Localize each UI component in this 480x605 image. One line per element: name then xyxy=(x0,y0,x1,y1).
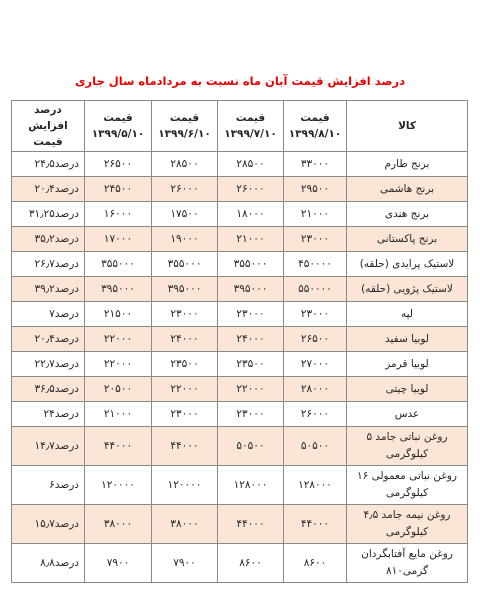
goods-name: برنج هندی xyxy=(349,206,465,223)
goods-name-cell: برنج هندی xyxy=(347,202,468,227)
price-cell-1399-6-10: ۱۹۰۰۰ xyxy=(152,227,218,252)
goods-name-cell: لوبیا سفید xyxy=(347,327,468,352)
percent-increase-cell: ۲۰٫۴درصد xyxy=(12,177,85,202)
table-row: روغن مایع آفتابگردان۸۱۰گرمی۸۶۰۰۸۶۰۰۷۹۰۰۷… xyxy=(12,544,468,583)
price-cell-1399-8-10: ۲۶۵۰۰ xyxy=(284,327,347,352)
goods-name-cell: لوبیا قرمز xyxy=(347,352,468,377)
goods-name-cell: برنج طارم xyxy=(347,152,468,177)
goods-name-cell: لپه xyxy=(347,302,468,327)
price-cell-1399-6-10: ۲۳۵۰۰ xyxy=(152,352,218,377)
price-cell-1399-5-10: ۲۱۵۰۰ xyxy=(85,302,152,327)
header-goods: کالا xyxy=(347,101,468,152)
price-cell-1399-8-10: ۵۰۵۰۰ xyxy=(284,427,347,466)
goods-name-cell: روغن نباتی معمولی ۱۶کیلوگرمی xyxy=(347,466,468,505)
goods-name: برنج طارم xyxy=(349,156,465,173)
price-cell-1399-8-10: ۳۳۰۰۰ xyxy=(284,152,347,177)
table-row: برنج طارم۳۳۰۰۰۲۸۵۰۰۲۸۵۰۰۲۶۵۰۰۲۴٫۵درصد xyxy=(12,152,468,177)
price-cell-1399-8-10: ۲۹۵۰۰ xyxy=(284,177,347,202)
price-cell-1399-5-10: ۷۹۰۰ xyxy=(85,544,152,583)
goods-name-line2: ۸۱۰گرمی xyxy=(349,563,465,580)
goods-name-cell: عدس xyxy=(347,402,468,427)
price-cell-1399-8-10: ۴۵۰۰۰۰ xyxy=(284,252,347,277)
table-row: لوبیا قرمز۲۷۰۰۰۲۳۵۰۰۲۳۵۰۰۲۲۰۰۰۲۲٫۷درصد xyxy=(12,352,468,377)
price-cell-1399-8-10: ۸۶۰۰ xyxy=(284,544,347,583)
header-price-date: ۱۳۹۹/۸/۱۰ xyxy=(286,126,344,142)
table-row: برنج پاکستانی۲۳۰۰۰۲۱۰۰۰۱۹۰۰۰۱۷۰۰۰۳۵٫۲درص… xyxy=(12,227,468,252)
price-cell-1399-5-10: ۲۱۰۰۰ xyxy=(85,402,152,427)
header-price-1399-8-10: قیمت ۱۳۹۹/۸/۱۰ xyxy=(284,101,347,152)
table-row: لاستیک پرایدی (حلقه)۴۵۰۰۰۰۳۵۵۰۰۰۳۵۵۰۰۰۳۵… xyxy=(12,252,468,277)
percent-increase-cell: ۸٫۸درصد xyxy=(12,544,85,583)
price-cell-1399-6-10: ۲۸۵۰۰ xyxy=(152,152,218,177)
percent-increase-cell: ۷درصد xyxy=(12,302,85,327)
price-cell-1399-7-10: ۲۳۰۰۰ xyxy=(218,402,284,427)
price-cell-1399-8-10: ۲۷۰۰۰ xyxy=(284,352,347,377)
price-cell-1399-5-10: ۱۶۰۰۰ xyxy=(85,202,152,227)
table-row: روغن نباتی معمولی ۱۶کیلوگرمی۱۲۸۰۰۰۱۲۸۰۰۰… xyxy=(12,466,468,505)
percent-increase-cell: ۱۴٫۷درصد xyxy=(12,427,85,466)
price-cell-1399-5-10: ۳۹۵۰۰۰ xyxy=(85,277,152,302)
price-cell-1399-5-10: ۳۸۰۰۰ xyxy=(85,505,152,544)
percent-increase-cell: ۳۵٫۲درصد xyxy=(12,227,85,252)
goods-name-cell: لاستیک پرایدی (حلقه) xyxy=(347,252,468,277)
percent-increase-cell: ۲۰٫۴درصد xyxy=(12,327,85,352)
price-cell-1399-7-10: ۲۶۰۰۰ xyxy=(218,177,284,202)
table-row: لوبیا سفید۲۶۵۰۰۲۴۰۰۰۲۴۰۰۰۲۲۰۰۰۲۰٫۴درصد xyxy=(12,327,468,352)
header-percent-line2: افزایش قیمت xyxy=(14,118,82,150)
goods-name: لاستیک پژویی (حلقه) xyxy=(349,281,465,298)
header-price-label: قیمت xyxy=(154,110,215,126)
price-cell-1399-7-10: ۲۳۰۰۰ xyxy=(218,302,284,327)
price-cell-1399-8-10: ۲۳۰۰۰ xyxy=(284,227,347,252)
goods-name: برنج پاکستانی xyxy=(349,231,465,248)
header-price-date: ۱۳۹۹/۷/۱۰ xyxy=(220,126,281,142)
price-cell-1399-6-10: ۳۹۵۰۰۰ xyxy=(152,277,218,302)
percent-increase-cell: ۲۴درصد xyxy=(12,402,85,427)
header-price-label: قیمت xyxy=(87,110,149,126)
table-row: لاستیک پژویی (حلقه)۵۵۰۰۰۰۳۹۵۰۰۰۳۹۵۰۰۰۳۹۵… xyxy=(12,277,468,302)
table-row: برنج هندی۲۱۰۰۰۱۸۰۰۰۱۷۵۰۰۱۶۰۰۰۳۱٫۲۵درصد xyxy=(12,202,468,227)
price-cell-1399-8-10: ۱۲۸۰۰۰ xyxy=(284,466,347,505)
percent-increase-cell: ۳۹٫۲درصد xyxy=(12,277,85,302)
price-cell-1399-8-10: ۴۴۰۰۰ xyxy=(284,505,347,544)
goods-name: لوبیا چیتی xyxy=(349,381,465,398)
percent-increase-cell: ۲۴٫۵درصد xyxy=(12,152,85,177)
price-cell-1399-6-10: ۲۴۰۰۰ xyxy=(152,327,218,352)
percent-increase-cell: ۱۵٫۷درصد xyxy=(12,505,85,544)
goods-name: لوبیا قرمز xyxy=(349,356,465,373)
header-percent-line1: درصد xyxy=(14,102,82,118)
price-cell-1399-7-10: ۸۶۰۰ xyxy=(218,544,284,583)
goods-name: عدس xyxy=(349,406,465,423)
price-cell-1399-5-10: ۲۶۵۰۰ xyxy=(85,152,152,177)
price-cell-1399-8-10: ۲۶۰۰۰ xyxy=(284,402,347,427)
price-cell-1399-6-10: ۱۷۵۰۰ xyxy=(152,202,218,227)
price-cell-1399-7-10: ۲۴۰۰۰ xyxy=(218,327,284,352)
percent-increase-cell: ۶درصد xyxy=(12,466,85,505)
goods-name-line2: کیلوگرمی xyxy=(349,485,465,502)
page: { "title": "درصد افزایش قیمت آبان ماه نس… xyxy=(0,0,480,605)
price-cell-1399-8-10: ۲۱۰۰۰ xyxy=(284,202,347,227)
goods-name: روغن نباتی معمولی ۱۶ xyxy=(349,468,465,485)
percent-increase-cell: ۳۱٫۲۵درصد xyxy=(12,202,85,227)
price-cell-1399-8-10: ۲۸۰۰۰ xyxy=(284,377,347,402)
price-cell-1399-6-10: ۲۶۰۰۰ xyxy=(152,177,218,202)
header-price-1399-7-10: قیمت ۱۳۹۹/۷/۱۰ xyxy=(218,101,284,152)
price-cell-1399-5-10: ۲۲۰۰۰ xyxy=(85,327,152,352)
percent-increase-cell: ۳۶٫۵درصد xyxy=(12,377,85,402)
table-row: روغن نباتی جامد ۵کیلوگرمی۵۰۵۰۰۵۰۵۰۰۴۴۰۰۰… xyxy=(12,427,468,466)
goods-name-cell: روغن نباتی جامد ۵کیلوگرمی xyxy=(347,427,468,466)
goods-name-cell: برنج پاکستانی xyxy=(347,227,468,252)
price-cell-1399-5-10: ۴۴۰۰۰ xyxy=(85,427,152,466)
price-cell-1399-6-10: ۲۲۰۰۰ xyxy=(152,377,218,402)
goods-name: روغن نباتی جامد ۵ xyxy=(349,429,465,446)
price-cell-1399-5-10: ۱۷۰۰۰ xyxy=(85,227,152,252)
price-cell-1399-7-10: ۲۱۰۰۰ xyxy=(218,227,284,252)
goods-name: لاستیک پرایدی (حلقه) xyxy=(349,256,465,273)
table-row: روغن نیمه جامد ۴٫۵کیلوگرمی۴۴۰۰۰۴۴۰۰۰۳۸۰۰… xyxy=(12,505,468,544)
price-cell-1399-5-10: ۲۲۰۰۰ xyxy=(85,352,152,377)
header-price-label: قیمت xyxy=(286,110,344,126)
header-price-label: قیمت xyxy=(220,110,281,126)
price-cell-1399-8-10: ۵۵۰۰۰۰ xyxy=(284,277,347,302)
goods-name: لوبیا سفید xyxy=(349,331,465,348)
goods-name-cell: روغن نیمه جامد ۴٫۵کیلوگرمی xyxy=(347,505,468,544)
price-cell-1399-7-10: ۳۹۵۰۰۰ xyxy=(218,277,284,302)
price-cell-1399-8-10: ۲۳۰۰۰ xyxy=(284,302,347,327)
percent-increase-cell: ۲۶٫۷درصد xyxy=(12,252,85,277)
goods-name-line2: کیلوگرمی xyxy=(349,524,465,541)
price-cell-1399-7-10: ۵۰۵۰۰ xyxy=(218,427,284,466)
header-price-date: ۱۳۹۹/۵/۱۰ xyxy=(87,126,149,142)
price-cell-1399-5-10: ۱۲۰۰۰۰ xyxy=(85,466,152,505)
percent-increase-cell: ۲۲٫۷درصد xyxy=(12,352,85,377)
header-price-1399-5-10: قیمت ۱۳۹۹/۵/۱۰ xyxy=(85,101,152,152)
price-cell-1399-7-10: ۲۲۰۰۰ xyxy=(218,377,284,402)
price-cell-1399-6-10: ۳۵۵۰۰۰ xyxy=(152,252,218,277)
goods-name: روغن مایع آفتابگردان xyxy=(349,546,465,563)
price-table: کالا قیمت ۱۳۹۹/۸/۱۰ قیمت ۱۳۹۹/۷/۱۰ قیمت … xyxy=(11,100,468,583)
table-row: لوبیا چیتی۲۸۰۰۰۲۲۰۰۰۲۲۰۰۰۲۰۵۰۰۳۶٫۵درصد xyxy=(12,377,468,402)
goods-name-cell: برنج هاشمی xyxy=(347,177,468,202)
price-cell-1399-6-10: ۲۳۰۰۰ xyxy=(152,302,218,327)
table-row: برنج هاشمی۲۹۵۰۰۲۶۰۰۰۲۶۰۰۰۲۴۵۰۰۲۰٫۴درصد xyxy=(12,177,468,202)
price-cell-1399-6-10: ۲۳۰۰۰ xyxy=(152,402,218,427)
goods-name-cell: روغن مایع آفتابگردان۸۱۰گرمی xyxy=(347,544,468,583)
goods-name-line2: کیلوگرمی xyxy=(349,446,465,463)
header-percent-increase: درصد افزایش قیمت xyxy=(12,101,85,152)
price-cell-1399-7-10: ۲۸۵۰۰ xyxy=(218,152,284,177)
goods-name: روغن نیمه جامد ۴٫۵ xyxy=(349,507,465,524)
table-header-row: کالا قیمت ۱۳۹۹/۸/۱۰ قیمت ۱۳۹۹/۷/۱۰ قیمت … xyxy=(12,101,468,152)
price-cell-1399-5-10: ۲۴۵۰۰ xyxy=(85,177,152,202)
price-cell-1399-6-10: ۳۸۰۰۰ xyxy=(152,505,218,544)
price-cell-1399-6-10: ۱۲۰۰۰۰ xyxy=(152,466,218,505)
price-cell-1399-6-10: ۷۹۰۰ xyxy=(152,544,218,583)
goods-name: لپه xyxy=(349,306,465,323)
price-cell-1399-7-10: ۴۴۰۰۰ xyxy=(218,505,284,544)
goods-name-cell: لاستیک پژویی (حلقه) xyxy=(347,277,468,302)
price-cell-1399-7-10: ۳۵۵۰۰۰ xyxy=(218,252,284,277)
header-price-1399-6-10: قیمت ۱۳۹۹/۶/۱۰ xyxy=(152,101,218,152)
price-cell-1399-5-10: ۲۰۵۰۰ xyxy=(85,377,152,402)
price-cell-1399-5-10: ۳۵۵۰۰۰ xyxy=(85,252,152,277)
price-cell-1399-6-10: ۴۴۰۰۰ xyxy=(152,427,218,466)
page-title: درصد افزایش قیمت آبان ماه نسبت به مردادم… xyxy=(0,74,480,88)
price-cell-1399-7-10: ۱۸۰۰۰ xyxy=(218,202,284,227)
goods-name: برنج هاشمی xyxy=(349,181,465,198)
table-row: لپه۲۳۰۰۰۲۳۰۰۰۲۳۰۰۰۲۱۵۰۰۷درصد xyxy=(12,302,468,327)
price-cell-1399-7-10: ۱۲۸۰۰۰ xyxy=(218,466,284,505)
header-price-date: ۱۳۹۹/۶/۱۰ xyxy=(154,126,215,142)
price-cell-1399-7-10: ۲۳۵۰۰ xyxy=(218,352,284,377)
table-row: عدس۲۶۰۰۰۲۳۰۰۰۲۳۰۰۰۲۱۰۰۰۲۴درصد xyxy=(12,402,468,427)
goods-name-cell: لوبیا چیتی xyxy=(347,377,468,402)
